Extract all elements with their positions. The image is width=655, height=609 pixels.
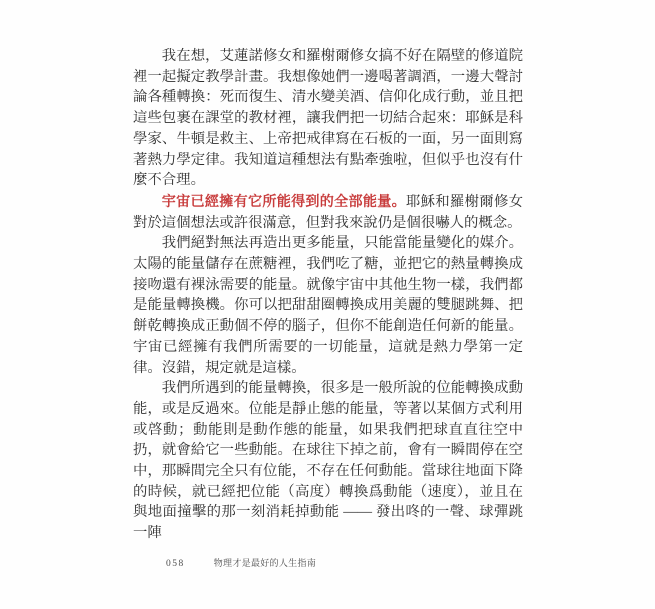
page-number: 058 xyxy=(166,559,185,569)
paragraph-energy-conversion-machines: 我們絕對無法再造出更多能量，只能當能量變化的媒介。太陽的能量儲存在蔗糖裡，我們吃… xyxy=(133,233,523,378)
page-footer: 058 物理才是最好的人生指南 xyxy=(166,556,316,569)
book-title: 物理才是最好的人生指南 xyxy=(214,556,316,569)
paragraph-imagining-nuns: 我在想，艾蓮諾修女和羅榭爾修女搞不好在隔壁的修道院裡一起擬定教學計畫。我想像她們… xyxy=(133,46,523,191)
paragraph-universe-energy-statement: 宇宙已經擁有它所能得到的全部能量。耶穌和羅榭爾修女對於這個想法或許很滿意，但對我… xyxy=(133,191,523,233)
book-page: 我在想，艾蓮諾修女和羅榭爾修女搞不好在隔壁的修道院裡一起擬定教學計畫。我想像她們… xyxy=(0,0,655,609)
paragraph-potential-kinetic-energy: 我們所遇到的能量轉換，很多是一般所說的位能轉換成動能，或是反過來。位能是靜止態的… xyxy=(133,378,523,544)
body-text-block: 我在想，艾蓮諾修女和羅榭爾修女搞不好在隔壁的修道院裡一起擬定教學計畫。我想像她們… xyxy=(133,46,523,544)
highlighted-sentence: 宇宙已經擁有它所能得到的全部能量。 xyxy=(162,193,406,209)
